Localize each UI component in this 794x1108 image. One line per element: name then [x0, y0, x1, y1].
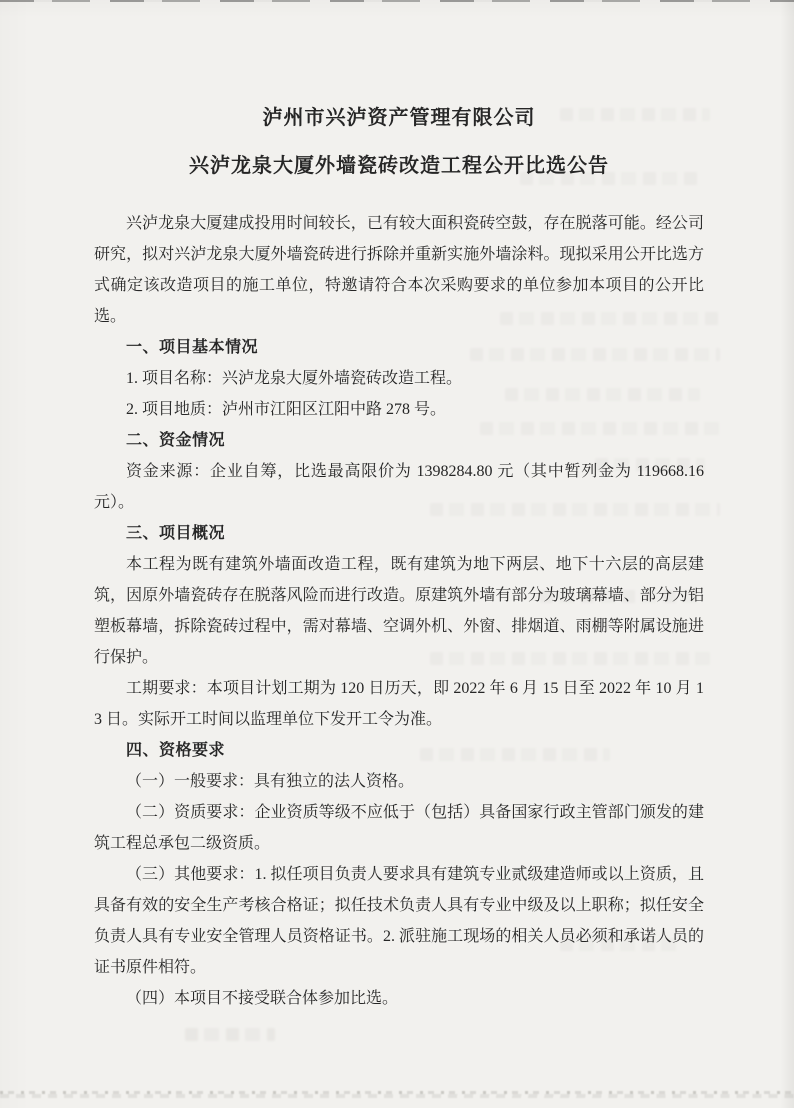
- section-heading-basic-info: 一、项目基本情况: [94, 332, 704, 363]
- document-subtitle: 兴泸龙泉大厦外墙瓷砖改造工程公开比选公告: [94, 152, 704, 180]
- item-no-consortium: （四）本项目不接受联合体参加比选。: [94, 983, 704, 1014]
- paragraph-schedule: 工期要求：本项目计划工期为 120 日历天，即 2022 年 6 月 15 日至…: [94, 673, 704, 735]
- paragraph-project-overview: 本工程为既有建筑外墙面改造工程，既有建筑为地下两层、地下十六层的高层建筑，因原外…: [94, 549, 704, 673]
- item-project-name: 1. 项目名称：兴泸龙泉大厦外墙瓷砖改造工程。: [94, 363, 704, 394]
- document-title: 泸州市兴泸资产管理有限公司: [94, 104, 704, 132]
- item-qualification-requirement: （二）资质要求：企业资质等级不应低于（包括）具备国家行政主管部门颁发的建筑工程总…: [94, 797, 704, 859]
- section-heading-qualification: 四、资格要求: [94, 735, 704, 766]
- item-general-requirement: （一）一般要求：具有独立的法人资格。: [94, 766, 704, 797]
- paragraph-intro: 兴泸龙泉大厦建成投用时间较长，已有较大面积瓷砖空鼓，存在脱落可能。经公司研究，拟…: [94, 208, 704, 332]
- item-other-requirement: （三）其他要求：1. 拟任项目负责人要求具有建筑专业贰级建造师或以上资质，且具备…: [94, 859, 704, 983]
- section-heading-funding: 二、资金情况: [94, 425, 704, 456]
- section-heading-overview: 三、项目概况: [94, 518, 704, 549]
- document-content: 泸州市兴泸资产管理有限公司 兴泸龙泉大厦外墙瓷砖改造工程公开比选公告 兴泸龙泉大…: [0, 0, 794, 1108]
- document-body: 兴泸龙泉大厦建成投用时间较长，已有较大面积瓷砖空鼓，存在脱落可能。经公司研究，拟…: [94, 208, 704, 1014]
- paragraph-funding-source: 资金来源：企业自筹，比选最高限价为 1398284.80 元（其中暂列金为 11…: [94, 456, 704, 518]
- scanned-document-page: 泸州市兴泸资产管理有限公司 兴泸龙泉大厦外墙瓷砖改造工程公开比选公告 兴泸龙泉大…: [0, 0, 794, 1108]
- item-project-address: 2. 项目地质：泸州市江阳区江阳中路 278 号。: [94, 394, 704, 425]
